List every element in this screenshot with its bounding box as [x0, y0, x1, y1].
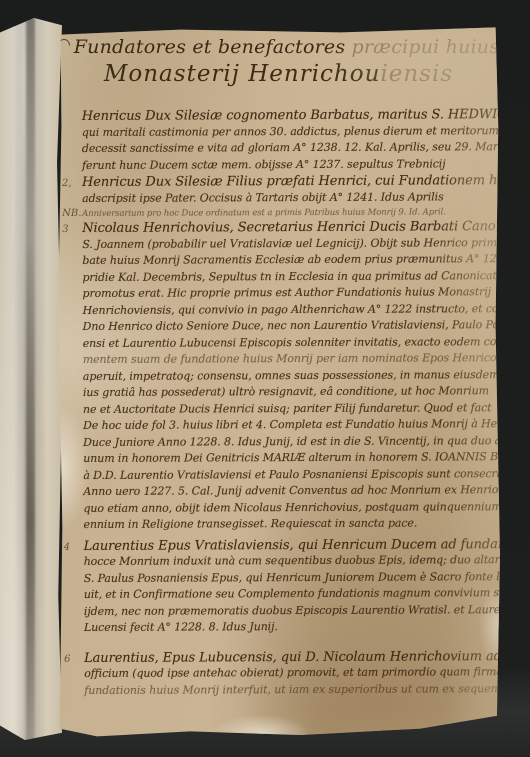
text-line: Duce Juniore Anno 1228. 8. Idus Junij, i…: [63, 433, 500, 452]
text-line: quo etiam anno, obijt idem Nicolaus Henr…: [63, 499, 500, 518]
text-line: bate huius Monrij Sacramentis Ecclesiæ a…: [62, 252, 500, 271]
title-line1-faded: præcipui huius: [345, 36, 499, 58]
text-line: decessit sanctissime e vita ad gloriam A…: [62, 140, 500, 159]
margin-mark: 4: [64, 541, 84, 552]
line-text: promotus erat. Hic proprie primus est Au…: [82, 285, 491, 300]
text-line: ne et Auctoritate Ducis Henrici suisq; p…: [63, 400, 500, 419]
line-text: Nicolaus Henrichovius, Secretarius Henri…: [82, 219, 500, 236]
line-text: decessit sanctissime e vita ad gloriam A…: [82, 140, 500, 155]
line-text: S. Paulus Posnaniensis Epus, qui Henricu…: [84, 570, 500, 585]
line-text: uit, et in Confirmatione seu Complemento…: [84, 586, 500, 601]
line-text: ensi et Laurentio Lubucensi Episcopis so…: [83, 335, 500, 350]
text-line: ijdem, nec non præmemoratis duobus Episc…: [64, 602, 500, 621]
text-line: promotus erat. Hic proprie primus est Au…: [62, 285, 500, 304]
line-text: qui maritali castimonia per annos 30. ad…: [82, 124, 499, 139]
title-line1: Fundatores et benefactores præcipui huiu…: [57, 36, 500, 58]
text-line: adscripsit ipse Pater. Occisus à Tartari…: [62, 189, 500, 208]
text-line: à D.D. Laurentio Vratislaviensi et Paulo…: [63, 466, 500, 485]
margin-mark: NB.: [62, 208, 82, 219]
line-text: fundationis huius Monrij interfuit, ut i…: [84, 682, 500, 697]
line-text: Laurentius, Epus Lubucensis, qui D. Nico…: [84, 648, 500, 665]
line-text: Dno Henrico dicto Seniore Duce, nec non …: [83, 318, 500, 333]
line-text: Henrichoviensis, qui convivio in pago Al…: [83, 302, 500, 317]
line-text: aperuit, impetratoq; consensu, omnes sua…: [83, 367, 500, 382]
line-text: De hoc uide fol 3. huius libri et 4. Com…: [83, 417, 500, 432]
page-title: Fundatores et benefactores præcipui huiu…: [57, 36, 500, 87]
text-line: fundationis huius Monrij interfuit, ut i…: [64, 681, 500, 700]
text-line: S. Joannem (probabilir uel Vratislaviæ u…: [62, 235, 500, 254]
text-line: unum in honorem Dei Genitricis MARIÆ alt…: [63, 450, 500, 469]
line-text: ferunt hunc Ducem sctæ mem. obijsse A° 1…: [82, 157, 446, 172]
line-text: S. Joannem (probabilir uel Vratislaviæ u…: [82, 236, 500, 251]
text-line: qui maritali castimonia per annos 30. ad…: [62, 123, 500, 142]
text-line: mentem suam de fundatione huius Monrij p…: [63, 351, 500, 370]
binding-crease: [26, 18, 35, 740]
line-text: Laurentius Epus Vratislaviensis, qui Hen…: [84, 536, 500, 553]
margin-mark: 3: [62, 224, 82, 235]
text-line: 3Nicolaus Henrichovius, Secretarius Henr…: [62, 219, 500, 238]
text-line: ennium in Religione transegisset. Requie…: [63, 516, 500, 535]
line-text: Duce Juniore Anno 1228. 8. Idus Junij, i…: [83, 434, 500, 449]
line-text: hocce Monrium induxit unà cum sequentibu…: [84, 553, 500, 568]
line-text: ennium in Religione transegisset. Requie…: [83, 516, 417, 530]
title-line2-faded: iensis: [380, 61, 453, 87]
text-line: hocce Monrium induxit unà cum sequentibu…: [64, 553, 500, 572]
line-text: Henricus Dux Silesiæ Filius præfati Henr…: [82, 173, 500, 190]
line-text: ius gratiâ has possederat) ultrò resigna…: [83, 384, 489, 399]
text-line: ferunt hunc Ducem sctæ mem. obijsse A° 1…: [62, 156, 500, 175]
text-line: uit, et in Confirmatione seu Complemento…: [64, 586, 500, 605]
text-line: De hoc uide fol 3. huius libri et 4. Com…: [63, 417, 500, 436]
line-text: unum in honorem Dei Genitricis MARIÆ alt…: [83, 450, 500, 465]
text-line: Henricus Dux Silesiæ cognomento Barbatus…: [62, 107, 500, 126]
margin-mark: 2,: [62, 178, 82, 189]
line-text: ijdem, nec non præmemoratis duobus Episc…: [84, 603, 500, 618]
text-line: Dno Henrico dicto Seniore Duce, nec non …: [63, 318, 500, 337]
text-line: pridie Kal. Decembris, Sepultus tn in Ec…: [62, 268, 500, 287]
text-line: 6Laurentius, Epus Lubucensis, qui D. Nic…: [64, 648, 500, 667]
line-text: bate huius Monrij Sacramentis Ecclesiæ a…: [82, 252, 500, 267]
text-line: S. Paulus Posnaniensis Epus, qui Henricu…: [64, 569, 500, 588]
margin-mark: 6: [64, 653, 84, 664]
line-text: Anno uero 1227. 5. Cal. Junij advenit Co…: [83, 483, 500, 498]
text-line: aperuit, impetratoq; consensu, omnes sua…: [63, 367, 500, 386]
manuscript-photo: Fundatores et benefactores præcipui huiu…: [0, 0, 530, 757]
line-text: ne et Auctoritate Ducis Henrici suisq; p…: [83, 401, 492, 416]
book-binding-edge: [0, 18, 62, 740]
text-line: Lucensi fecit A° 1228. 8. Idus Junij.: [64, 619, 500, 638]
line-text: quo etiam anno, obijt idem Nicolaus Henr…: [83, 499, 500, 514]
text-block: Henricus Dux Silesiæ cognomento Barbatus…: [62, 107, 500, 700]
line-text: pridie Kal. Decembris, Sepultus tn in Ec…: [82, 269, 496, 284]
line-text: officium (quod ipse antehac obierat) pro…: [84, 665, 500, 680]
manuscript-page: Fundatores et benefactores præcipui huiu…: [57, 26, 500, 740]
text-line: ensi et Laurentio Lubucensi Episcopis so…: [63, 334, 500, 353]
line-text: Henricus Dux Silesiæ cognomento Barbatus…: [82, 107, 500, 124]
text-line: Henrichoviensis, qui convivio in pago Al…: [63, 301, 500, 320]
line-text: mentem suam de fundatione huius Monrij p…: [83, 351, 500, 366]
text-line: 4Laurentius Epus Vratislaviensis, qui He…: [64, 536, 500, 555]
title-line2-main: Monasterij Henrichou: [104, 61, 381, 87]
text-line: ius gratiâ has possederat) ultrò resigna…: [63, 384, 500, 403]
line-text: adscripsit ipse Pater. Occisus à Tartari…: [82, 190, 444, 205]
text-line: Anno uero 1227. 5. Cal. Junij advenit Co…: [63, 483, 500, 502]
line-text: à D.D. Laurentio Vratislaviensi et Paulo…: [83, 467, 500, 482]
line-text: Lucensi fecit A° 1228. 8. Idus Junij.: [84, 620, 278, 634]
title-line2: Monasterij Henrichouiensis: [57, 61, 500, 87]
text-line: 2,Henricus Dux Silesiæ Filius præfati He…: [62, 173, 500, 192]
line-text: Anniversarium pro hoc Duce ordinatum est…: [82, 207, 446, 219]
text-line: officium (quod ipse antehac obierat) pro…: [64, 665, 500, 684]
title-line1-main: Fundatores et benefactores: [74, 36, 346, 58]
